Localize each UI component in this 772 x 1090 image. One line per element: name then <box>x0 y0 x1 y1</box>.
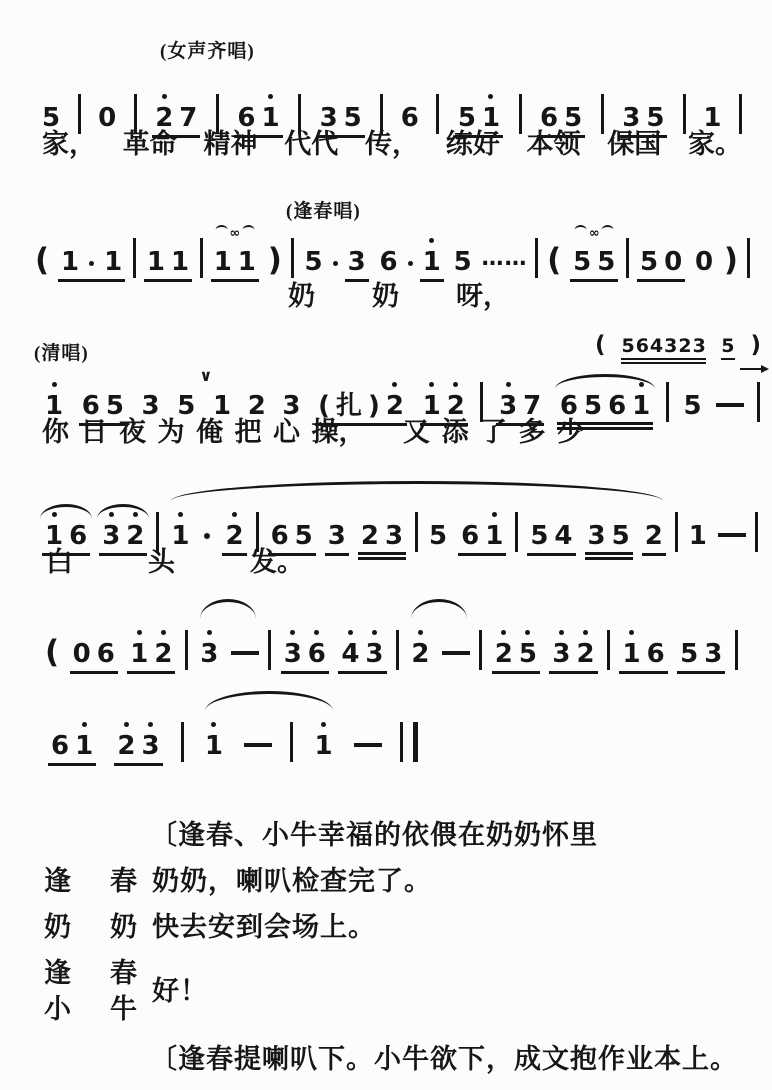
note-group: 11 <box>58 248 125 282</box>
lyrics-line-2: 奶奶呀， <box>288 280 510 312</box>
dialogue-row: 逢春奶奶，喇叭检查完了。 <box>44 864 752 900</box>
sheet-music-page: (女声齐唱) 5027613565165351 家，革命精神代代传，练好本领保国… <box>0 0 772 1090</box>
dialogue-text: 好！ <box>152 974 208 1010</box>
lyric-word: 少 <box>557 416 584 448</box>
octave-dot <box>429 238 434 243</box>
barline <box>747 238 750 278</box>
note-group: 35 <box>585 522 633 560</box>
lyrics-line-4: 白头发。 <box>46 546 304 578</box>
speaker-name: 逢春小牛 <box>44 956 138 1028</box>
lyric-word: 心 <box>273 416 300 448</box>
lyric-word: 头 <box>148 546 175 578</box>
barline <box>757 382 760 422</box>
lyric-word: 本领 <box>527 128 581 160</box>
barline <box>607 630 610 670</box>
stage-direction-1: 〔逢春、小牛幸福的依偎在奶奶怀里 <box>150 818 752 854</box>
note-group: 55∞ <box>570 248 618 282</box>
slur-arc <box>200 599 256 619</box>
octave-dot <box>629 630 634 635</box>
note: 1 <box>687 522 709 551</box>
barline <box>626 238 629 278</box>
note-group: 1 <box>312 732 336 761</box>
lyric-word: 革命 <box>123 128 177 160</box>
parenthesis: ) <box>723 243 739 277</box>
octave-dot <box>290 630 295 635</box>
note-group: 61 <box>377 248 444 282</box>
octave-dot <box>207 630 212 635</box>
barline <box>755 512 758 552</box>
octave-dot <box>348 630 353 635</box>
lyric-word: 传， <box>365 128 419 160</box>
octave-dot <box>525 630 530 635</box>
barline <box>515 512 518 552</box>
barline <box>268 630 271 670</box>
octave-dot <box>52 382 57 387</box>
music-line-2: (111111∞)53615……(55∞500) <box>34 204 750 282</box>
tremolo-mark: ∞ <box>573 225 616 241</box>
script-block: 〔逢春、小牛幸福的依偎在奶奶怀里 逢春奶奶，喇叭检查完了。奶奶快去安到会场上。逢… <box>44 818 752 1077</box>
parenthesis: ( <box>44 635 60 669</box>
note-group: 2 <box>408 640 432 669</box>
lyric-word: 保国 <box>607 128 661 160</box>
octave-dot <box>392 382 397 387</box>
note-group: 06 <box>70 640 118 674</box>
octave-dot <box>137 630 142 635</box>
lyric-word: 多 <box>519 416 546 448</box>
note: 5 <box>452 248 474 277</box>
barline <box>290 722 293 762</box>
note-group: 43 <box>338 640 386 674</box>
octave-dot <box>268 94 273 99</box>
slur-arc <box>205 691 333 711</box>
note-group: 61 <box>48 732 96 766</box>
octave-dot <box>559 630 564 635</box>
octave-dot <box>583 630 588 635</box>
octave-dot <box>492 512 497 517</box>
dialogue-text: 奶奶，喇叭检查完了。 <box>152 864 432 900</box>
octave-dot <box>488 94 493 99</box>
speaker-name: 奶奶 <box>44 910 138 946</box>
tie-arc <box>97 504 149 519</box>
note-group: 32 <box>549 640 597 674</box>
lyric-word: 家， <box>42 128 96 160</box>
dash-note <box>244 743 272 747</box>
barline <box>200 238 203 278</box>
octave-dot <box>501 630 506 635</box>
note-group: 50 <box>637 248 685 282</box>
stage-direction-2: 〔逢春提喇叭下。小牛欲下，成文抱作业本上。 <box>150 1042 752 1078</box>
lyric-word: 精神 <box>204 128 258 160</box>
note: 5 <box>427 522 449 551</box>
music-line-1: 5027613565165351 <box>40 60 742 138</box>
barline <box>735 630 738 670</box>
barline <box>666 382 669 422</box>
lyric-word: 又 <box>403 416 430 448</box>
breath-mark: ∨ <box>199 368 212 384</box>
note-group: 36 <box>281 640 329 674</box>
dialogue-row: 逢春小牛好！ <box>44 956 752 1028</box>
note-group: 3 <box>197 640 221 669</box>
note-group: 11∞ <box>211 248 259 282</box>
lyric-word: 为 <box>158 416 185 448</box>
parenthesis: ( <box>546 243 562 277</box>
barline <box>396 630 399 670</box>
octave-dot <box>162 94 167 99</box>
tie-arc <box>40 504 92 519</box>
music-line-5: (061233643225321653 <box>44 596 738 674</box>
music-line-6: 612311 <box>48 688 418 766</box>
note-group: 3 <box>325 522 349 556</box>
tie-arc <box>555 374 655 389</box>
barline <box>675 512 678 552</box>
dialogue-text: 快去安到会场上。 <box>152 910 376 946</box>
speaker-name: 逢春 <box>44 864 138 900</box>
dash-note <box>716 403 744 407</box>
octave-dot <box>453 382 458 387</box>
dash-note <box>718 533 746 537</box>
note-group: 61 <box>458 522 506 556</box>
barline <box>181 722 184 762</box>
final-barline <box>400 722 418 762</box>
slur-arc <box>171 481 663 501</box>
dash-note <box>354 743 382 747</box>
barline <box>415 512 418 552</box>
barline <box>479 630 482 670</box>
note-group: 25 <box>492 640 540 674</box>
lyrics-line-3: 你日夜为俺把心操，又添了多少 <box>42 416 584 448</box>
note-group: 23 <box>358 522 406 560</box>
octave-dot <box>161 630 166 635</box>
note-group: 1 <box>202 732 226 761</box>
parenthesis: ) <box>267 243 283 277</box>
slur-arc <box>411 599 467 619</box>
lyric-word: 俺 <box>196 416 223 448</box>
note-group: 23 <box>114 732 162 766</box>
lyric-word: 把 <box>235 416 262 448</box>
dash-note <box>231 651 259 655</box>
barline <box>291 238 294 278</box>
barline <box>185 630 188 670</box>
octave-dot <box>124 722 129 727</box>
octave-dot <box>418 630 423 635</box>
lyrics-line-1: 家，革命精神代代传，练好本领保国家。 <box>42 128 742 160</box>
lyric-word: 奶 <box>372 280 399 312</box>
note-group: 2 <box>642 522 666 556</box>
dialogue-row: 奶奶快去安到会场上。 <box>44 910 752 946</box>
note: 0 <box>693 248 715 277</box>
lyric-word: 发。 <box>250 546 304 578</box>
tremolo-mark: ∞ <box>213 225 256 241</box>
octave-dot <box>232 512 237 517</box>
octave-dot <box>506 382 511 387</box>
octave-dot <box>178 512 183 517</box>
note-group: 16 <box>619 640 667 674</box>
voice-label-female-chorus: (女声齐唱) <box>160 36 255 63</box>
octave-dot <box>148 722 153 727</box>
dialogue-list: 逢春奶奶，喇叭检查完了。奶奶快去安到会场上。逢春小牛好！ <box>44 864 752 1028</box>
note-group: 11 <box>144 248 192 282</box>
octave-dot <box>82 722 87 727</box>
lyric-word: 白 <box>46 546 73 578</box>
octave-dot <box>321 722 326 727</box>
lyric-word: 练好 <box>446 128 500 160</box>
lyric-word: 家。 <box>688 128 742 160</box>
barline <box>535 238 538 278</box>
dash-note <box>442 651 470 655</box>
octave-dot <box>429 382 434 387</box>
octave-dot <box>372 630 377 635</box>
note-group: 54 <box>527 522 575 556</box>
lyric-word: 呀， <box>456 280 510 312</box>
note-group: 53 <box>677 640 725 674</box>
lyric-word: 你 <box>42 416 69 448</box>
parenthesis: ( <box>34 243 50 277</box>
note-group: 53 <box>302 248 369 282</box>
barline <box>133 238 136 278</box>
lyric-word: 代代 <box>284 128 338 160</box>
octave-dot <box>314 630 319 635</box>
note: 5 <box>682 392 704 421</box>
continuation-dots: …… <box>481 247 527 271</box>
note-group: 12 <box>127 640 175 674</box>
lyric-word: 添 <box>442 416 469 448</box>
lyric-word: 日 <box>81 416 108 448</box>
lyric-word: 奶 <box>288 280 315 312</box>
lyric-word: 了 <box>480 416 507 448</box>
augmentation-dot <box>204 533 210 539</box>
lyric-word: 操， <box>312 416 366 448</box>
lyric-word: 夜 <box>119 416 146 448</box>
octave-dot <box>211 722 216 727</box>
